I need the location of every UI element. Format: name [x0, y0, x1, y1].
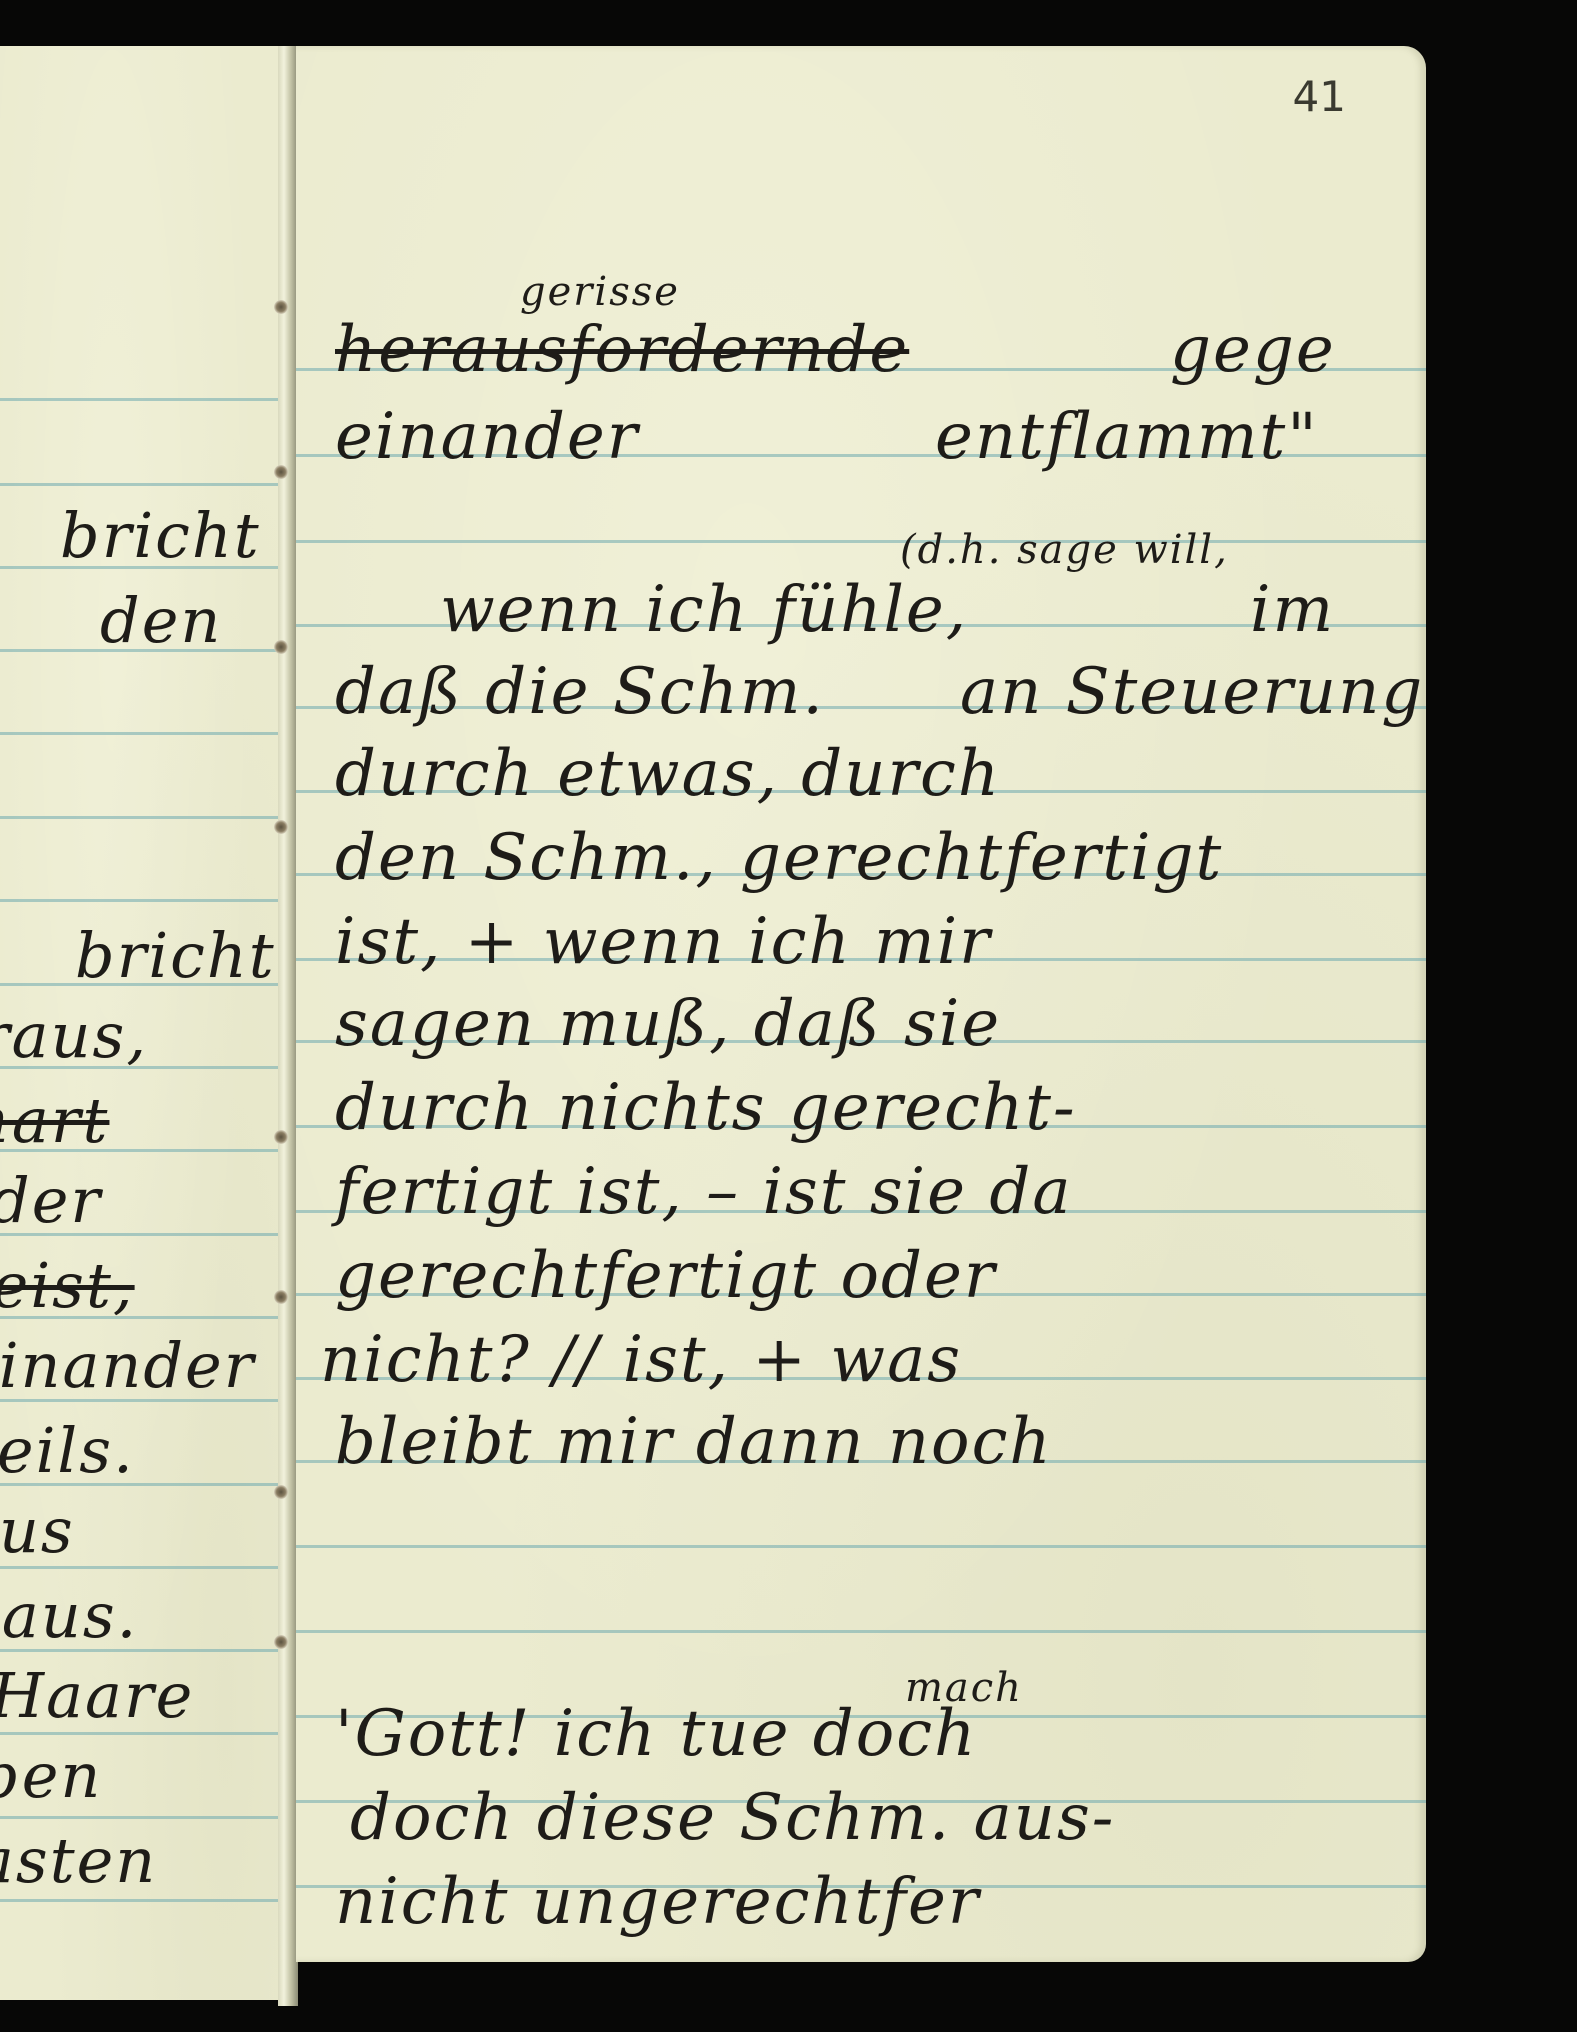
handwritten-fragment: raus, — [0, 1005, 148, 1067]
handwritten-line: einander — [335, 405, 639, 469]
handwritten-fragment: naus. — [0, 1585, 138, 1647]
handwritten-line: im — [1250, 578, 1335, 642]
handwritten-line: doch diese Schm. aus- — [350, 1786, 1115, 1850]
handwritten-line: 'Gott! ich tue doch — [335, 1702, 977, 1766]
handwritten-line: durch etwas, durch — [335, 742, 1001, 806]
handwritten-line: den Schm., gerechtfertigt — [335, 826, 1223, 890]
handwritten-fragment: der — [0, 1170, 102, 1232]
handwritten-fragment: ben — [0, 1745, 102, 1807]
handwritten-line: entflammt" — [935, 405, 1319, 469]
notebook-spine — [278, 46, 298, 2006]
handwritten-line: nicht? // ist, + was — [320, 1328, 962, 1392]
handwritten-fragment: hart — [0, 1090, 109, 1152]
handwritten-line: an Steuerung — [960, 660, 1424, 724]
handwritten-fragment: teils. — [0, 1420, 135, 1482]
handwritten-line: daß die Schm. — [335, 660, 825, 724]
handwritten-fragment: bricht — [60, 505, 261, 567]
handwritten-fragment: Haare — [0, 1665, 194, 1727]
handwritten-line: fertigt ist, – ist sie da — [335, 1160, 1072, 1224]
struck-text: herausfordernde — [335, 318, 909, 382]
handwritten-line: bleibt mir dann noch — [335, 1410, 1053, 1474]
handwritten-fragment: reist, — [0, 1255, 135, 1317]
page-number: 41 — [1293, 72, 1346, 121]
insertion-text: (d.h. sage will, — [900, 530, 1229, 570]
handwritten-line: sagen muß, daß sie — [335, 992, 1001, 1056]
handwritten-fragment: bricht — [75, 925, 276, 987]
handwritten-fragment: aus — [0, 1500, 75, 1562]
handwritten-line: durch nichts gerecht- — [335, 1076, 1077, 1140]
handwritten-fragment: tasten — [0, 1830, 157, 1892]
ruled-line — [296, 1545, 1426, 1548]
ruled-line — [296, 540, 1426, 543]
handwritten-line: gege — [1170, 318, 1336, 382]
ruled-line — [296, 1630, 1426, 1633]
insertion-text: gerisse — [520, 272, 680, 312]
handwritten-line: nicht ungerechtfer — [335, 1870, 981, 1934]
handwritten-line: gerechtfertigt oder — [335, 1244, 996, 1308]
left-page-text-clip: bricht den bricht raus, hart der reist, … — [0, 46, 278, 2000]
handwritten-fragment: den — [100, 590, 222, 652]
handwritten-fragment: einander — [0, 1335, 255, 1397]
handwritten-line: ist, + wenn ich mir — [335, 910, 992, 974]
handwritten-line: wenn ich fühle, — [440, 578, 968, 642]
